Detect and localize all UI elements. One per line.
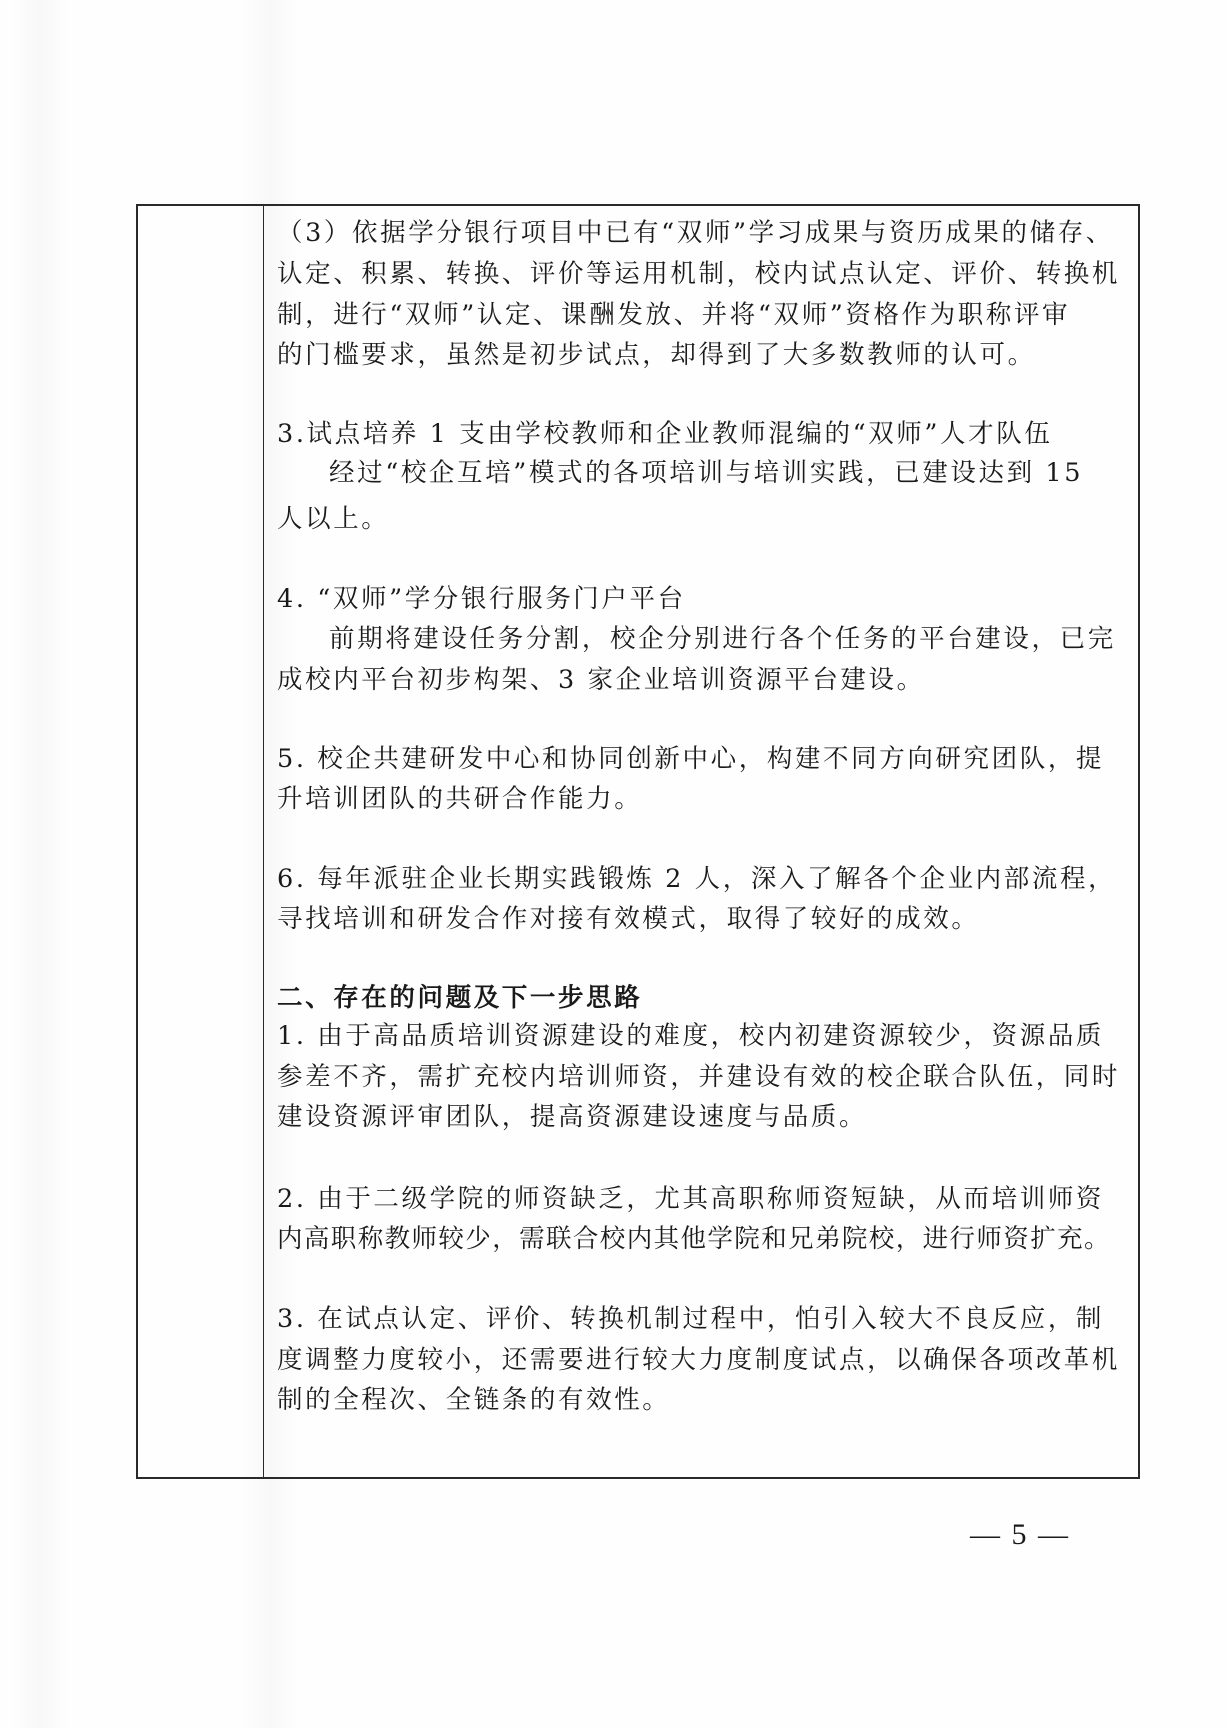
scan-artifact [10, 0, 70, 1728]
paragraph-line: 升培训团队的共研合作能力。 [277, 783, 1130, 815]
paragraph-line: 参差不齐，需扩充校内培训师资，并建设有效的校企联合队伍，同时 [277, 1061, 1130, 1093]
paragraph-line: 建设资源评审团队，提高资源建设速度与品质。 [277, 1101, 1130, 1133]
paragraph-line: 人以上。 [277, 503, 1130, 535]
problem-item-1: 1. 由于高品质培训资源建设的难度，校内初建资源较少，资源品质 [277, 1020, 1130, 1052]
paragraph-line: 经过“校企互培”模式的各项培训与培训实践，已建设达到 15 [277, 457, 1130, 489]
report-table: （3）依据学分银行项目中已有“双师”学习成果与资历成果的储存、 认定、积累、转换… [136, 204, 1140, 1479]
section-heading-problems: 二、存在的问题及下一步思路 [277, 982, 1130, 1014]
paragraph-line: （3）依据学分银行项目中已有“双师”学习成果与资历成果的储存、 [277, 217, 1130, 249]
table-right-cell: （3）依据学分银行项目中已有“双师”学习成果与资历成果的储存、 认定、积累、转换… [265, 206, 1138, 1477]
section-item-6: 6. 每年派驻企业长期实践锻炼 2 人，深入了解各个企业内部流程， [277, 863, 1130, 895]
paragraph-line: 成校内平台初步构架、3 家企业培训资源平台建设。 [277, 664, 1130, 696]
document-page: （3）依据学分银行项目中已有“双师”学习成果与资历成果的储存、 认定、积累、转换… [0, 0, 1227, 1728]
paragraph-line: 度调整力度较小，还需要进行较大力度制度试点，以确保各项改革机 [277, 1344, 1130, 1376]
section-item-5: 5. 校企共建研发中心和协同创新中心，构建不同方向研究团队，提 [277, 743, 1130, 775]
paragraph-line: 前期将建设任务分割，校企分别进行各个任务的平台建设，已完 [277, 623, 1130, 655]
paragraph-line: 寻找培训和研发合作对接有效模式，取得了较好的成效。 [277, 903, 1130, 935]
paragraph-line: 认定、积累、转换、评价等运用机制，校内试点认定、评价、转换机 [277, 258, 1130, 290]
page-number: — 5 — [970, 1518, 1070, 1552]
problem-item-2: 2. 由于二级学院的师资缺乏，尤其高职称师资短缺，从而培训师资 [277, 1183, 1130, 1215]
section-item-3-title: 3.试点培养 1 支由学校教师和企业教师混编的“双师”人才队伍 [277, 418, 1130, 450]
problem-item-3: 3. 在试点认定、评价、转换机制过程中，怕引入较大不良反应，制 [277, 1303, 1130, 1335]
section-item-4-title: 4. “双师”学分银行服务门户平台 [277, 583, 1130, 615]
table-left-cell [138, 206, 264, 1477]
paragraph-line: 的门槛要求，虽然是初步试点，却得到了大多数教师的认可。 [277, 339, 1130, 371]
paragraph-line: 制，进行“双师”认定、课酬发放、并将“双师”资格作为职称评审 [277, 299, 1130, 331]
paragraph-line: 制的全程次、全链条的有效性。 [277, 1384, 1130, 1416]
paragraph-line: 内高职称教师较少，需联合校内其他学院和兄弟院校，进行师资扩充。 [277, 1223, 1130, 1255]
